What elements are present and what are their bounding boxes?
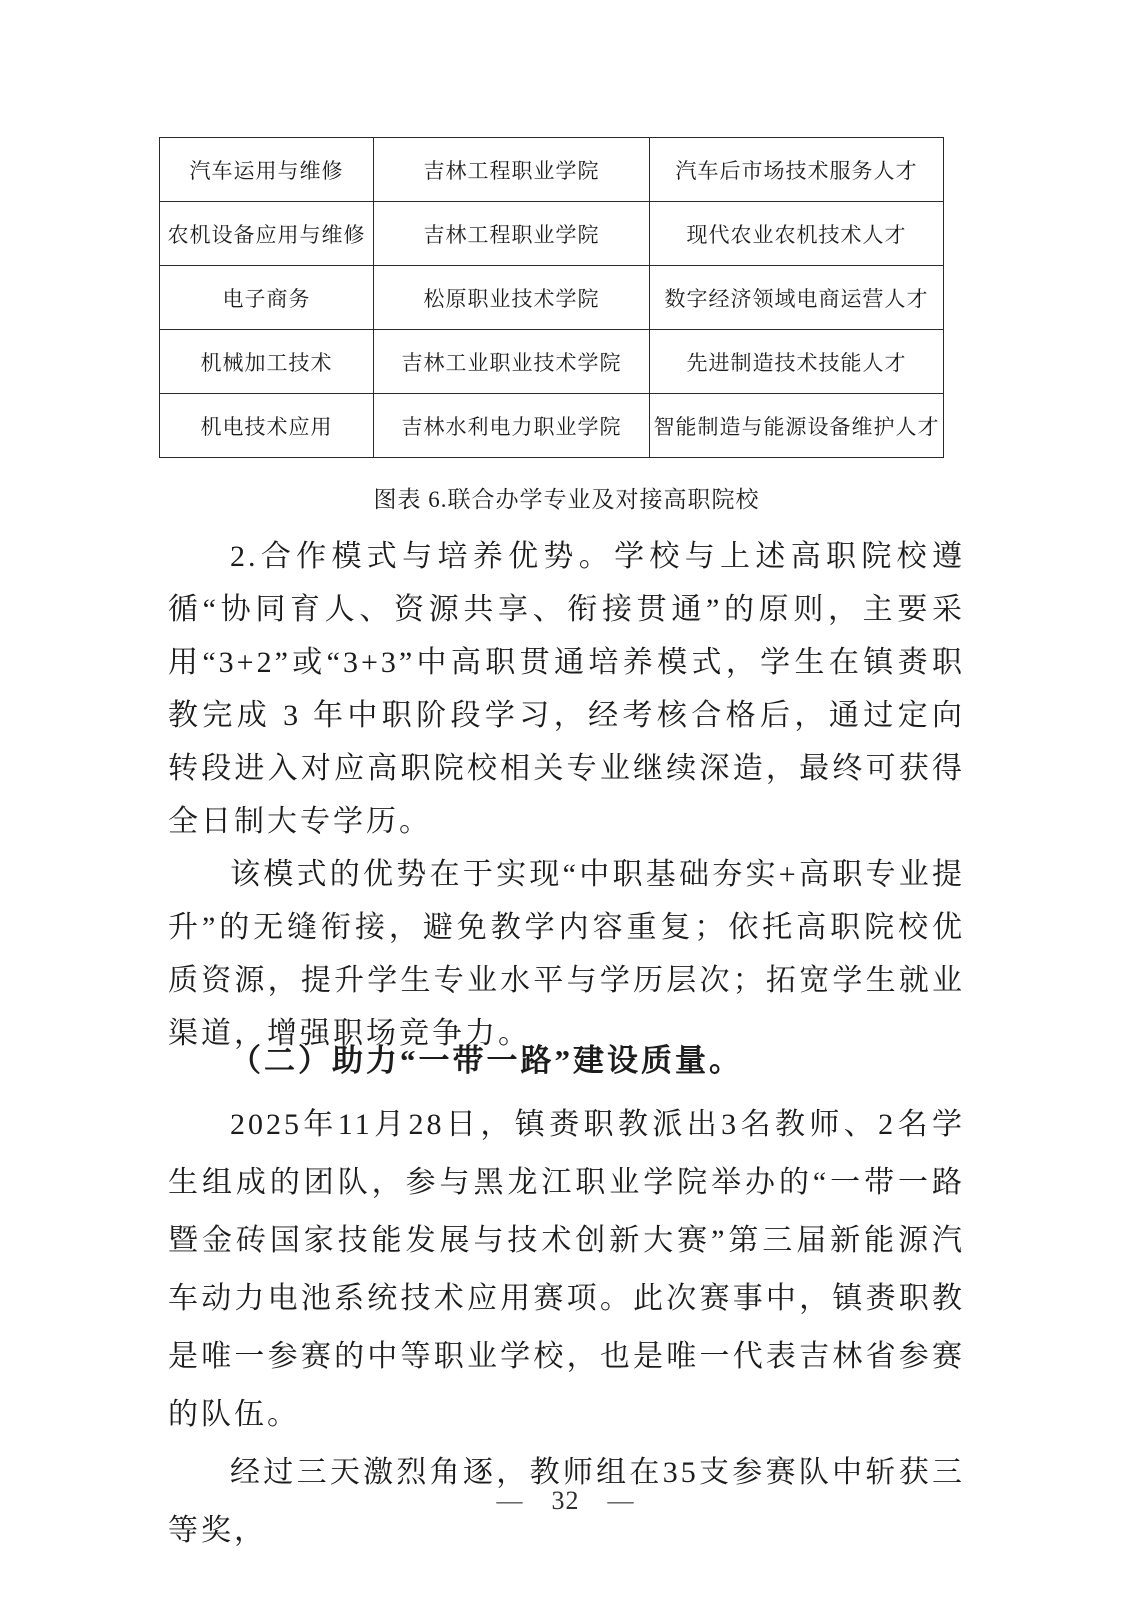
table-cell-talent: 数字经济领域电商运营人才 [650,266,944,330]
paragraph-competition: 2025年11月28日，镇赉职教派出3名教师、2名学生组成的团队，参与黑龙江职业… [168,1096,965,1444]
table-cell-program: 电子商务 [160,266,374,330]
table-row: 电子商务 松原职业技术学院 数字经济领域电商运营人才 [160,266,944,330]
footer-left-dash: — [497,1486,524,1515]
table-row: 农机设备应用与维修 吉林工程职业学院 现代农业农机技术人才 [160,202,944,266]
body-text-block-1: 2.合作模式与培养优势。学校与上述高职院校遵循“协同育人、资源共享、衔接贯通”的… [168,530,965,1060]
table-cell-college: 松原职业技术学院 [374,266,650,330]
table-row: 汽车运用与维修 吉林工程职业学院 汽车后市场技术服务人才 [160,138,944,202]
page-number: 32 [552,1486,580,1516]
table-cell-college: 吉林工程职业学院 [374,138,650,202]
table-row: 机电技术应用 吉林水利电力职业学院 智能制造与能源设备维护人才 [160,394,944,458]
section-heading-belt-and-road: （二）助力“一带一路”建设质量。 [168,1032,965,1090]
document-page: 汽车运用与维修 吉林工程职业学院 汽车后市场技术服务人才 农机设备应用与维修 吉… [0,0,1131,1600]
table-cell-program: 机电技术应用 [160,394,374,458]
table-caption: 图表 6.联合办学专业及对接高职院校 [168,481,965,514]
paragraph-cooperation-mode: 2.合作模式与培养优势。学校与上述高职院校遵循“协同育人、资源共享、衔接贯通”的… [168,530,965,848]
table-cell-college: 吉林水利电力职业学院 [374,394,650,458]
table-cell-program: 农机设备应用与维修 [160,202,374,266]
programs-table: 汽车运用与维修 吉林工程职业学院 汽车后市场技术服务人才 农机设备应用与维修 吉… [159,137,944,458]
footer-right-dash: — [608,1486,635,1515]
table-cell-college: 吉林工业职业技术学院 [374,330,650,394]
table-row: 机械加工技术 吉林工业职业技术学院 先进制造技术技能人才 [160,330,944,394]
table-cell-talent: 汽车后市场技术服务人才 [650,138,944,202]
table-cell-program: 汽车运用与维修 [160,138,374,202]
table-cell-college: 吉林工程职业学院 [374,202,650,266]
table-cell-talent: 智能制造与能源设备维护人才 [650,394,944,458]
table-cell-program: 机械加工技术 [160,330,374,394]
table-cell-talent: 现代农业农机技术人才 [650,202,944,266]
page-footer: —32— [0,1486,1131,1516]
paragraph-mode-advantages: 该模式的优势在于实现“中职基础夯实+高职专业提升”的无缝衔接，避免教学内容重复；… [168,848,965,1060]
table-cell-talent: 先进制造技术技能人才 [650,330,944,394]
